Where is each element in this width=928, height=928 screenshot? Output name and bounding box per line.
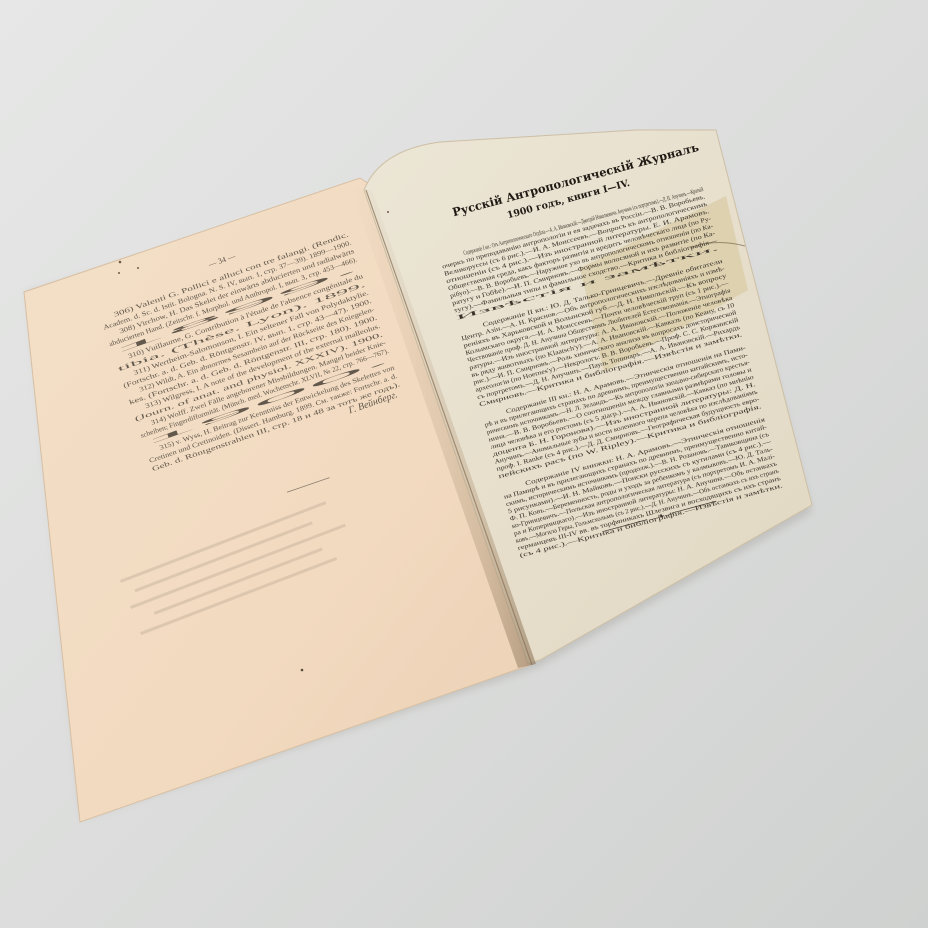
paper-speck (137, 267, 139, 269)
paper-speck (118, 272, 120, 274)
paper-speck (119, 261, 122, 264)
photo-scene: — 34 — 306) Valenti G. Pollici e alluci … (0, 0, 928, 928)
paper-speck (387, 211, 389, 213)
paper-speck (301, 669, 304, 672)
